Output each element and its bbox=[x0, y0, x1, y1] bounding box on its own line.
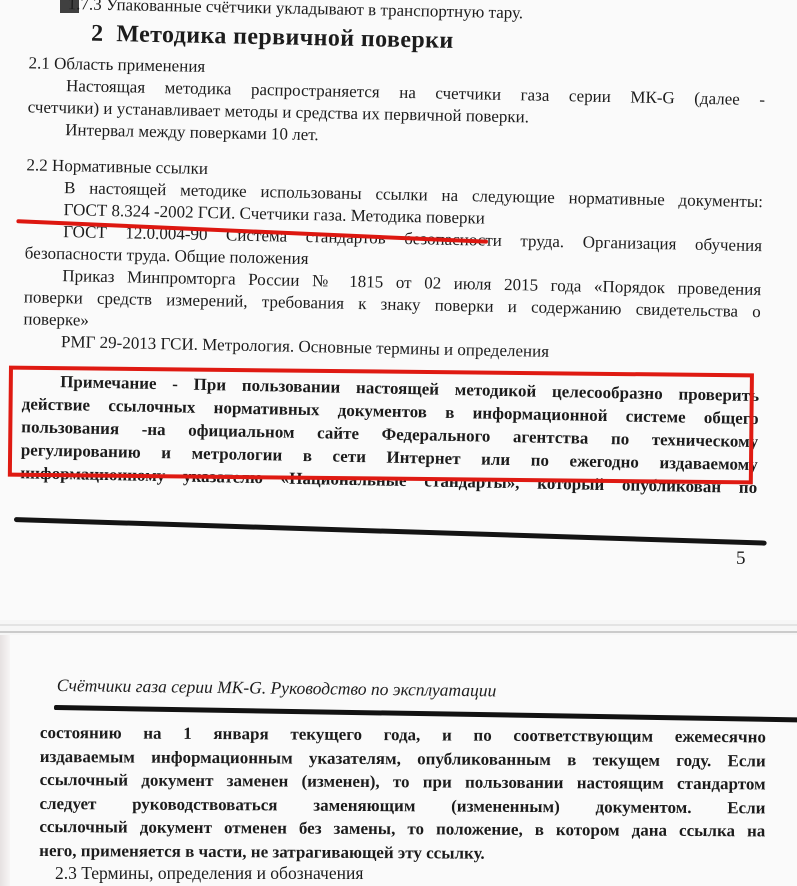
page-one-content: 1.7.3 Упакованные счётчики укладывают в … bbox=[20, 0, 767, 499]
running-header: Счётчики газа серии МК-G. Руководство по… bbox=[57, 675, 497, 701]
header-rule bbox=[54, 705, 797, 723]
page-one: 1.7.3 Упакованные счётчики укладывают в … bbox=[0, 0, 797, 620]
scanned-document: 1.7.3 Упакованные счётчики укладывают в … bbox=[0, 0, 797, 886]
page-gap-line-bottom bbox=[0, 631, 797, 633]
clause-2-3-title: 2.3 Термины, определения и обозначения bbox=[55, 863, 363, 884]
page-number: 5 bbox=[736, 548, 746, 570]
continuation-paragraph: состоянию на 1 января текущего года, и п… bbox=[39, 721, 766, 866]
scan-edge-shadow bbox=[0, 635, 10, 886]
page-gap bbox=[0, 620, 797, 635]
page-footer-rule bbox=[14, 517, 767, 546]
note-paragraph: Примечание - При пользовании настоящей м… bbox=[20, 369, 759, 499]
page-gap-line-top bbox=[0, 624, 797, 626]
page-two: Счётчики газа серии МК-G. Руководство по… bbox=[0, 635, 797, 886]
